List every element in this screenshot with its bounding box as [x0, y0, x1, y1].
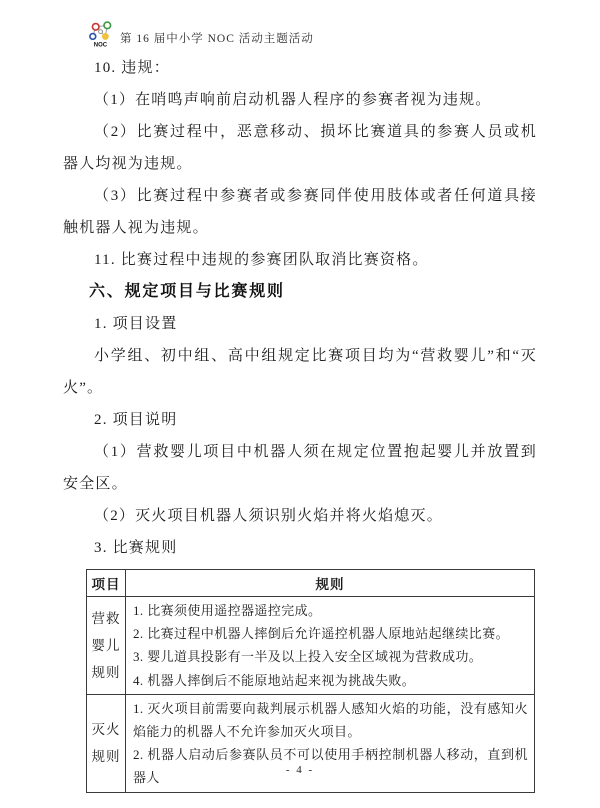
rules-table: 项目 规则 营救 婴儿 规则 1. 比赛须使用遥控器遥控完成。 2. 比赛过程中…	[86, 569, 535, 793]
logo-center-node	[99, 30, 103, 34]
rule-item: 1. 比赛须使用遥控器遥控完成。	[133, 599, 528, 622]
paragraph-disqualification: 11. 比赛过程中违规的参赛团队取消比赛资格。	[63, 244, 537, 276]
paragraph-project-desc-title: 2. 项目说明	[63, 404, 537, 436]
paragraph-project-desc-1: （1）营救婴儿项目中机器人须在规定位置抱起婴儿并放置到安全区。	[63, 436, 537, 500]
paragraph-violation-2: （2）比赛过程中，恶意移动、损坏比赛道具的参赛人员或机器人均视为违规。	[63, 116, 537, 180]
category-line: 营救	[89, 605, 123, 632]
paragraph-project-desc-2: （2）灭火项目机器人须识别火焰并将火焰熄灭。	[63, 500, 537, 532]
table-header-project: 项目	[87, 570, 126, 597]
paragraph-violation-title: 10. 违规：	[63, 52, 537, 84]
logo-red-node	[92, 24, 99, 31]
page-content: 10. 违规： （1）在哨鸣声响前启动机器人程序的参赛者视为违规。 （2）比赛过…	[63, 52, 537, 793]
paragraph-violation-3: （3）比赛过程中参赛者或参赛同伴使用肢体或者任何道具接触机器人视为违规。	[63, 180, 537, 244]
header-title: 第 16 届中小学 NOC 活动主题活动	[120, 24, 314, 46]
paragraph-project-setup-body: 小学组、初中组、高中组规定比赛项目均为“营救婴儿”和“灭火”。	[63, 340, 537, 404]
rule-item: 2. 比赛过程中机器人摔倒后允许遥控机器人原地站起继续比赛。	[133, 622, 528, 645]
rule-item: 4. 机器人摔倒后不能原地站起来视为挑战失败。	[133, 669, 528, 692]
firefight-category-cell: 灭火 规则	[87, 694, 126, 792]
rule-item: 3. 婴儿道具投影有一半及以上投入安全区域视为营救成功。	[133, 645, 528, 668]
table-header-row: 项目 规则	[87, 570, 535, 597]
doc-header: NOC 第 16 届中小学 NOC 活动主题活动	[88, 20, 314, 49]
noc-logo-text: NOC	[94, 43, 108, 49]
table-header-rules: 规则	[126, 570, 535, 597]
noc-logo-icon: NOC	[88, 20, 115, 49]
category-line: 婴儿	[89, 632, 123, 659]
logo-blue-node	[90, 34, 96, 40]
paragraph-violation-1: （1）在哨鸣声响前启动机器人程序的参赛者视为违规。	[63, 84, 537, 116]
rescue-category-cell: 营救 婴儿 规则	[87, 597, 126, 695]
table-row-firefight: 灭火 规则 1. 灭火项目前需要向裁判展示机器人感知火焰的功能，没有感知火焰能力…	[87, 694, 535, 792]
logo-yellow-node	[102, 33, 109, 40]
category-line: 灭火	[89, 716, 123, 743]
rule-item: 1. 灭火项目前需要向裁判展示机器人感知火焰的功能，没有感知火焰能力的机器人不允…	[133, 697, 528, 743]
document-page: NOC 第 16 届中小学 NOC 活动主题活动 10. 违规： （1）在哨鸣声…	[0, 0, 600, 808]
rescue-rules-cell: 1. 比赛须使用遥控器遥控完成。 2. 比赛过程中机器人摔倒后允许遥控机器人原地…	[126, 597, 535, 695]
firefight-rules-cell: 1. 灭火项目前需要向裁判展示机器人感知火焰的功能，没有感知火焰能力的机器人不允…	[126, 694, 535, 792]
section-heading: 六、规定项目与比赛规则	[63, 276, 537, 308]
page-number: - 4 -	[0, 764, 600, 776]
category-line: 规则	[89, 659, 123, 686]
paragraph-rules-title: 3. 比赛规则	[63, 532, 537, 564]
paragraph-project-setup-title: 1. 项目设置	[63, 308, 537, 340]
logo-green-node	[104, 22, 111, 29]
table-row-rescue: 营救 婴儿 规则 1. 比赛须使用遥控器遥控完成。 2. 比赛过程中机器人摔倒后…	[87, 597, 535, 695]
